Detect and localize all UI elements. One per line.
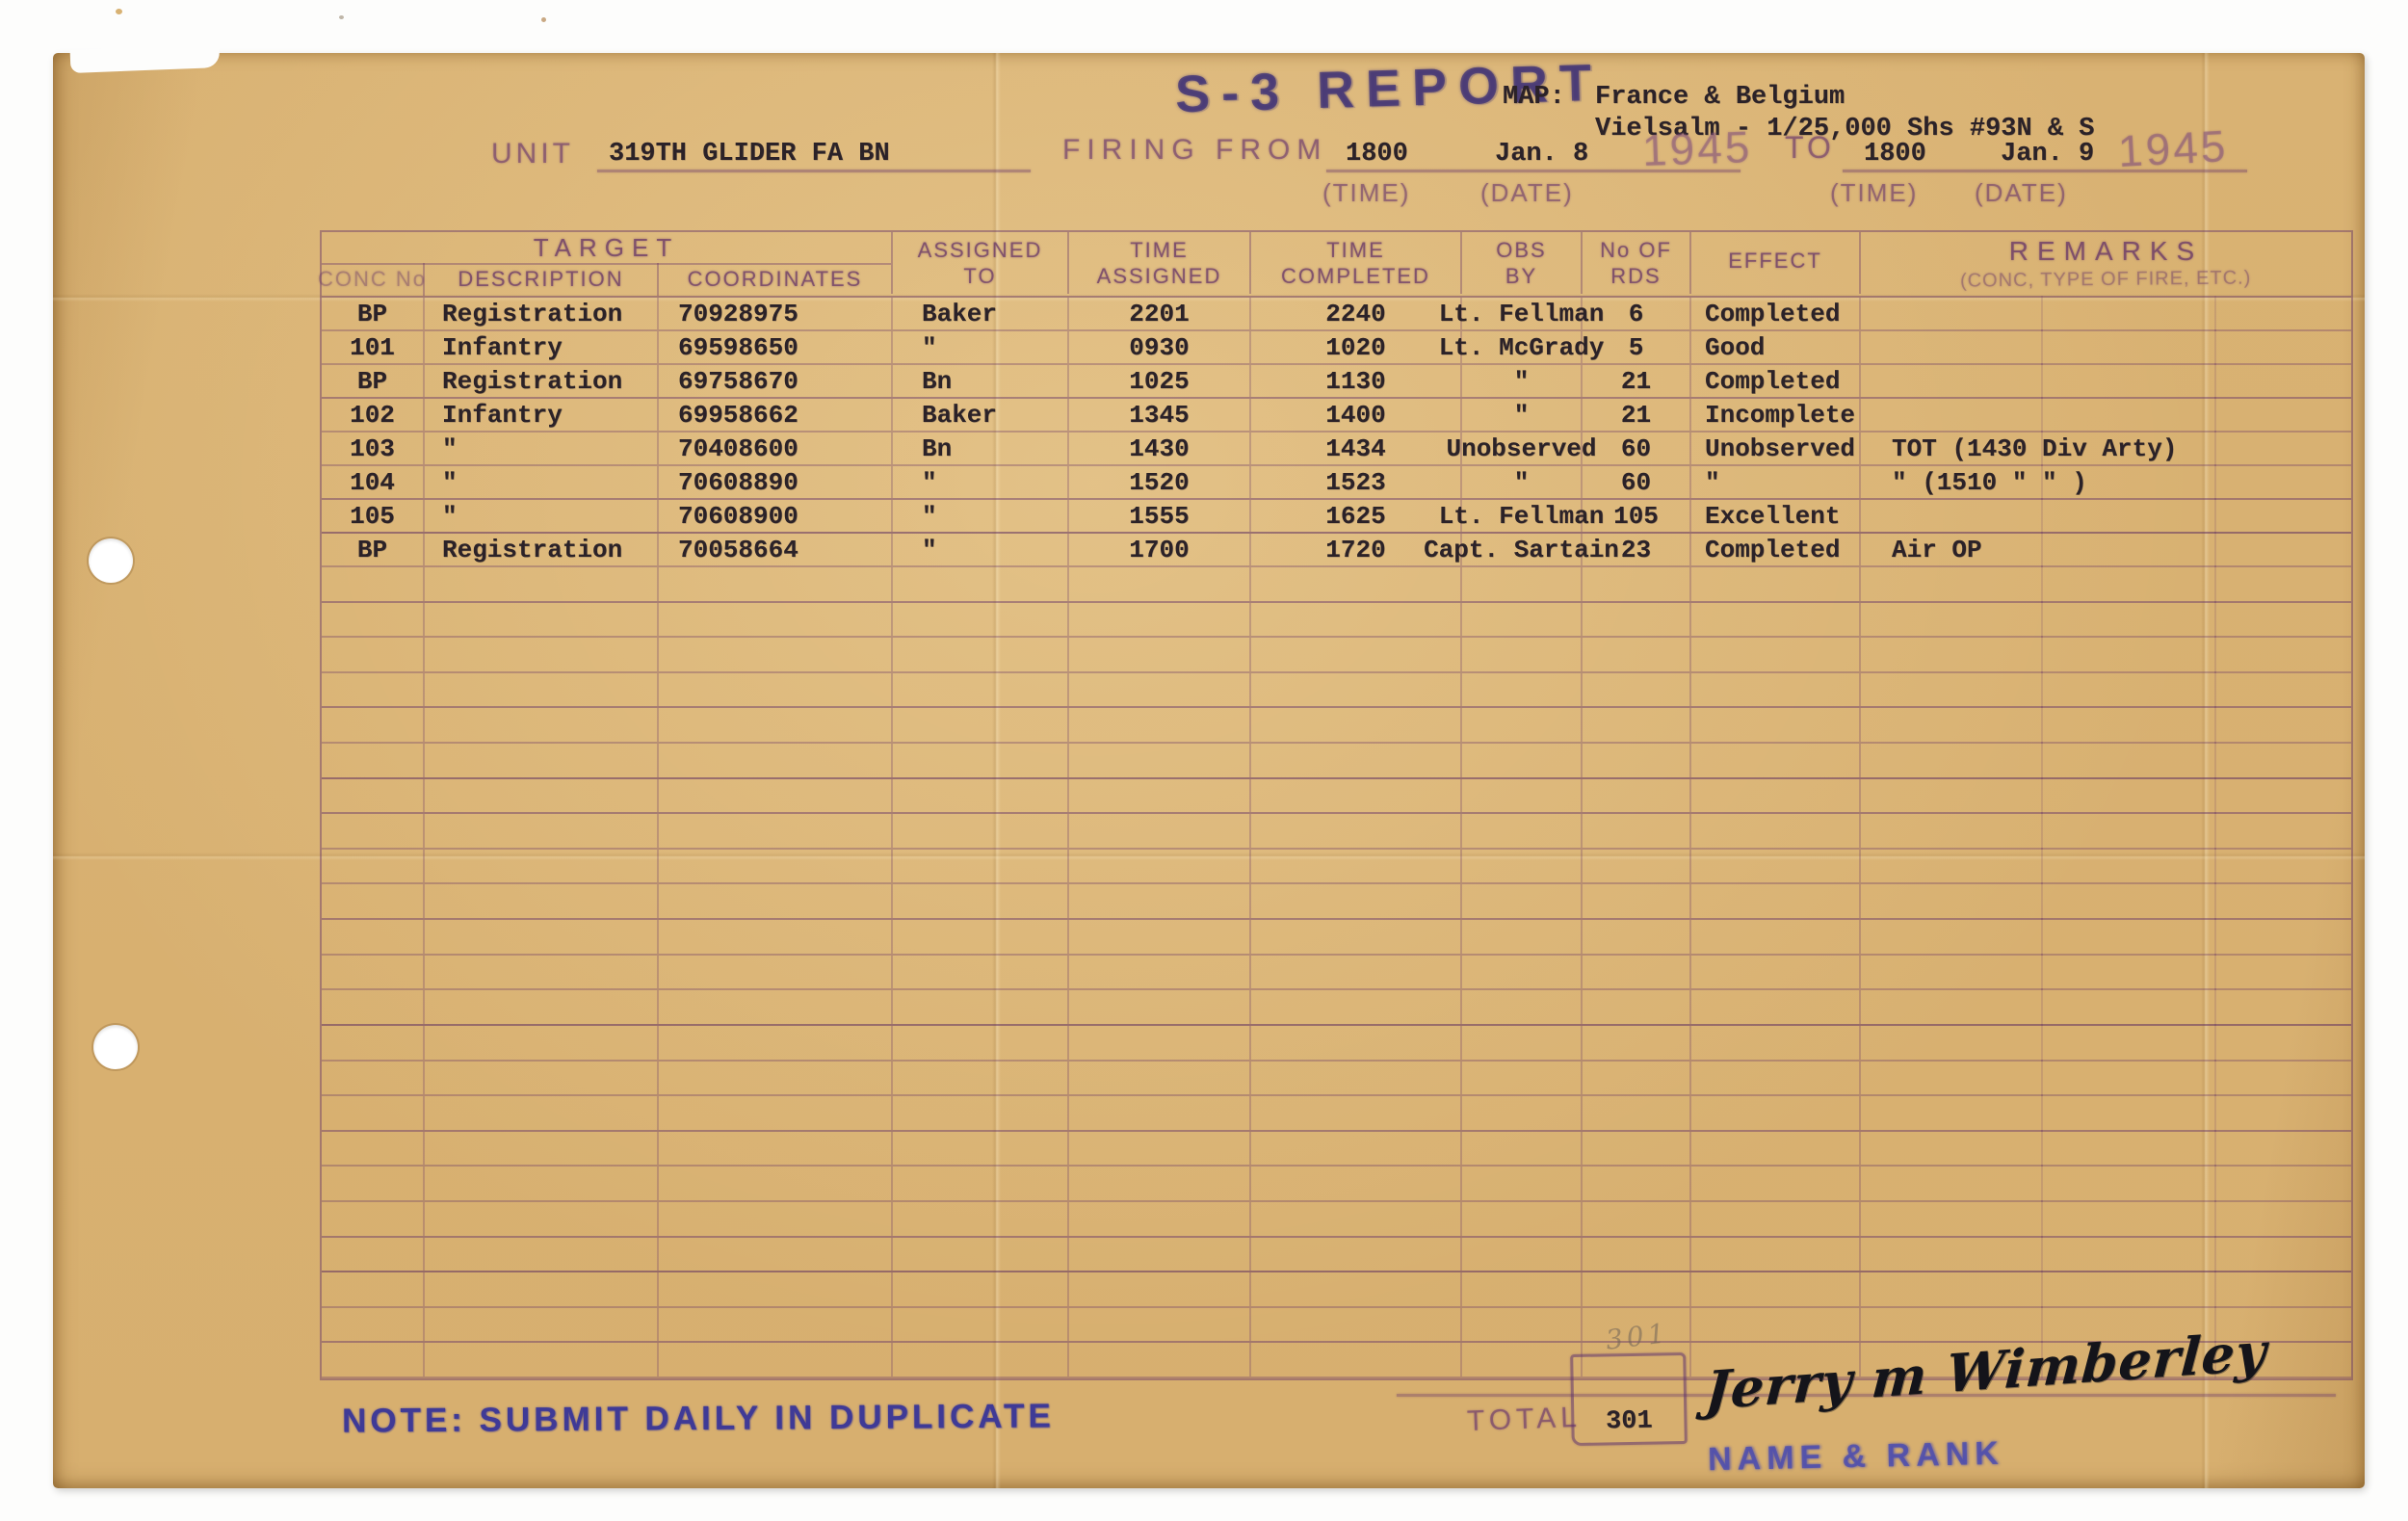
- table-cell-no: [322, 1167, 423, 1200]
- table-row: [322, 708, 2351, 744]
- table-cell-effect: [1689, 638, 1859, 671]
- table-cell-obs_by: ": [1460, 466, 1581, 498]
- table-cell-rds: 60: [1581, 433, 1689, 464]
- table-cell-effect: [1689, 1062, 1859, 1095]
- firing-table: TARGET CONC No DESCRIPTION COORDINATES A…: [320, 230, 2353, 1380]
- table-cell-obs_by: [1460, 884, 1581, 918]
- cell-text: 60: [1621, 434, 1651, 463]
- table-cell-description: [423, 1132, 657, 1166]
- table-row: 101Infantry69598650"09301020Lt. McGrady5…: [322, 331, 2351, 365]
- cell-text: ": [1705, 468, 1720, 497]
- table-cell-effect: Completed: [1689, 534, 1859, 565]
- table-cell-coordinates: [657, 850, 891, 883]
- table-cell-obs_by: Lt. Fellman: [1460, 298, 1581, 329]
- table-cell-description: [423, 603, 657, 637]
- table-row: [322, 884, 2351, 920]
- table-cell-no: [322, 779, 423, 813]
- header-line: ASSIGNED: [918, 237, 1043, 264]
- table-cell-description: Registration: [423, 365, 657, 397]
- cell-text: ": [922, 333, 937, 362]
- table-cell-effect: Incomplete: [1689, 399, 1859, 431]
- table-cell-rds: [1581, 1272, 1689, 1306]
- table-cell-assigned_to: [891, 1272, 1067, 1306]
- cell-text: Registration: [442, 300, 622, 328]
- table-cell-time_completed: [1249, 1167, 1460, 1200]
- table-cell-coordinates: 69758670: [657, 365, 891, 397]
- cell-text: Unobserved: [1705, 434, 1855, 463]
- table-cell-obs_by: ": [1460, 399, 1581, 431]
- table-cell-time_completed: 1523: [1249, 466, 1460, 498]
- cell-text: TOT (1430 Div Arty): [1892, 434, 2177, 463]
- table-cell-obs_by: [1460, 567, 1581, 601]
- table-cell-remarks: [1859, 673, 2351, 707]
- table-cell-description: [423, 920, 657, 954]
- table-cell-assigned_to: [891, 814, 1067, 848]
- table-cell-time_completed: [1249, 779, 1460, 813]
- table-cell-effect: [1689, 1238, 1859, 1272]
- time-from-value: 1800: [1346, 140, 1408, 169]
- table-cell-assigned_to: [891, 638, 1067, 671]
- note-handwritten: NOTE: SUBMIT DAILY IN DUPLICATE: [342, 1397, 1055, 1440]
- table-cell-rds: [1581, 1202, 1689, 1236]
- table-cell-no: [322, 1308, 423, 1342]
- table-cell-obs_by: [1460, 1343, 1581, 1377]
- table-cell-assigned_to: ": [891, 534, 1067, 565]
- table-cell-assigned_to: [891, 603, 1067, 637]
- table-cell-remarks: [1859, 1132, 2351, 1166]
- table-cell-remarks: [1859, 567, 2351, 601]
- cell-text: ": [922, 536, 937, 564]
- cell-text: BP: [357, 367, 387, 396]
- table-cell-time_assigned: [1067, 567, 1249, 601]
- table-cell-no: 101: [322, 331, 423, 363]
- cell-text: ": [442, 434, 458, 463]
- cell-text: 23: [1621, 536, 1651, 564]
- table-row: BPRegistration70928975Baker22012240Lt. F…: [322, 298, 2351, 331]
- table-cell-effect: [1689, 956, 1859, 989]
- cell-text: Good: [1705, 333, 1765, 362]
- cell-text: 70058664: [678, 536, 798, 564]
- table-cell-obs_by: [1460, 779, 1581, 813]
- table-cell-effect: Excellent: [1689, 500, 1859, 532]
- cell-text: 6: [1629, 300, 1644, 328]
- table-cell-time_completed: [1249, 1308, 1460, 1342]
- table-cell-description: [423, 884, 657, 918]
- col-header-no-of-rds: No OF RDS: [1581, 232, 1689, 294]
- table-row: [322, 1238, 2351, 1273]
- date-from-value: Jan. 8: [1495, 140, 1588, 169]
- table-cell-obs_by: Capt. Sartain: [1460, 534, 1581, 565]
- table-cell-time_assigned: [1067, 814, 1249, 848]
- table-row: [322, 1202, 2351, 1238]
- table-cell-rds: [1581, 744, 1689, 777]
- table-cell-obs_by: [1460, 603, 1581, 637]
- table-cell-obs_by: [1460, 1308, 1581, 1342]
- table-cell-obs_by: Lt. McGrady: [1460, 331, 1581, 363]
- table-cell-no: [322, 814, 423, 848]
- total-box: 301: [1570, 1352, 1688, 1446]
- table-cell-rds: [1581, 956, 1689, 989]
- table-cell-rds: [1581, 638, 1689, 671]
- table-row: BPRegistration70058664"17001720Capt. Sar…: [322, 534, 2351, 567]
- cell-text: ": [442, 468, 458, 497]
- table-cell-time_completed: 1434: [1249, 433, 1460, 464]
- table-cell-coordinates: [657, 1202, 891, 1236]
- header-line: REMARKS: [2009, 234, 2203, 268]
- table-cell-time_completed: [1249, 920, 1460, 954]
- name-rank-stamp: NAME & RANK: [1708, 1435, 2005, 1479]
- table-cell-time_completed: [1249, 850, 1460, 883]
- table-cell-coordinates: 70608900: [657, 500, 891, 532]
- table-cell-assigned_to: [891, 1026, 1067, 1060]
- scanner-background: S-3 REPORT MAP: France & Belgium Vielsal…: [0, 0, 2408, 1521]
- table-cell-no: [322, 1096, 423, 1130]
- table-cell-effect: Good: [1689, 331, 1859, 363]
- col-header-coordinates: COORDINATES: [657, 263, 891, 296]
- table-cell-obs_by: [1460, 638, 1581, 671]
- table-cell-remarks: [1859, 779, 2351, 813]
- table-cell-rds: 21: [1581, 399, 1689, 431]
- table-cell-time_assigned: [1067, 638, 1249, 671]
- table-cell-time_completed: 1400: [1249, 399, 1460, 431]
- table-cell-remarks: [1859, 365, 2351, 397]
- table-cell-remarks: [1859, 298, 2351, 329]
- table-cell-obs_by: [1460, 814, 1581, 848]
- table-cell-remarks: [1859, 1167, 2351, 1200]
- scanner-speck: [116, 9, 122, 14]
- table-cell-effect: [1689, 1202, 1859, 1236]
- table-cell-obs_by: [1460, 1062, 1581, 1095]
- table-cell-remarks: [1859, 638, 2351, 671]
- table-cell-obs_by: [1460, 708, 1581, 742]
- table-cell-no: [322, 1026, 423, 1060]
- table-cell-effect: [1689, 744, 1859, 777]
- table-cell-description: [423, 779, 657, 813]
- table-cell-coordinates: [657, 990, 891, 1024]
- header-line: ASSIGNED: [1097, 263, 1222, 290]
- cell-text: 21: [1621, 401, 1651, 430]
- cell-text: Registration: [442, 367, 622, 396]
- table-row: [322, 1062, 2351, 1097]
- table-cell-assigned_to: ": [891, 466, 1067, 498]
- table-cell-effect: [1689, 814, 1859, 848]
- cell-text: 70608900: [678, 502, 798, 531]
- table-cell-obs_by: [1460, 920, 1581, 954]
- table-cell-time_assigned: 1700: [1067, 534, 1249, 565]
- table-cell-effect: [1689, 603, 1859, 637]
- table-cell-assigned_to: [891, 1343, 1067, 1377]
- table-cell-time_completed: 2240: [1249, 298, 1460, 329]
- table-cell-no: [322, 850, 423, 883]
- table-cell-time_completed: [1249, 956, 1460, 989]
- table-cell-assigned_to: [891, 708, 1067, 742]
- header-line: TIME: [1130, 237, 1189, 264]
- table-cell-rds: [1581, 990, 1689, 1024]
- table-cell-time_completed: [1249, 990, 1460, 1024]
- table-row: [322, 673, 2351, 709]
- table-cell-rds: [1581, 1167, 1689, 1200]
- cell-text: 1555: [1129, 502, 1189, 531]
- table-row: [322, 850, 2351, 885]
- date-caption-2: (DATE): [1975, 178, 2068, 208]
- table-cell-time_assigned: [1067, 1167, 1249, 1200]
- table-cell-time_assigned: 1430: [1067, 433, 1249, 464]
- unit-label: UNIT: [491, 138, 574, 170]
- table-cell-description: [423, 1272, 657, 1306]
- cell-text: 1400: [1325, 401, 1385, 430]
- table-cell-assigned_to: [891, 884, 1067, 918]
- table-cell-time_assigned: [1067, 708, 1249, 742]
- unit-value: 319TH GLIDER FA BN: [609, 140, 890, 169]
- table-cell-obs_by: [1460, 1202, 1581, 1236]
- table-row: [322, 1096, 2351, 1132]
- table-cell-remarks: [1859, 920, 2351, 954]
- table-cell-remarks: [1859, 744, 2351, 777]
- table-cell-remarks: [1859, 850, 2351, 883]
- header-line: EFFECT: [1728, 248, 1822, 275]
- table-cell-time_completed: [1249, 884, 1460, 918]
- table-cell-rds: [1581, 814, 1689, 848]
- cell-text: Baker: [922, 401, 997, 430]
- table-cell-assigned_to: [891, 1167, 1067, 1200]
- table-cell-rds: [1581, 884, 1689, 918]
- table-cell-time_completed: [1249, 1062, 1460, 1095]
- table-cell-remarks: TOT (1430 Div Arty): [1859, 433, 2351, 464]
- year-from-label: 1945: [1641, 120, 1753, 176]
- cell-text: 69758670: [678, 367, 798, 396]
- table-cell-description: Registration: [423, 298, 657, 329]
- table-cell-coordinates: [657, 673, 891, 707]
- cell-text: 1700: [1129, 536, 1189, 564]
- target-group-header: TARGET: [322, 232, 891, 265]
- table-cell-assigned_to: [891, 1096, 1067, 1130]
- table-cell-effect: Completed: [1689, 365, 1859, 397]
- table-cell-description: [423, 1062, 657, 1095]
- table-cell-coordinates: [657, 567, 891, 601]
- table-cell-coordinates: 70058664: [657, 534, 891, 565]
- table-cell-description: [423, 850, 657, 883]
- table-row: [322, 1272, 2351, 1308]
- cell-text: Air OP: [1892, 536, 1982, 564]
- cell-text: 1520: [1129, 468, 1189, 497]
- cell-text: ": [442, 502, 458, 531]
- table-cell-time_assigned: [1067, 1343, 1249, 1377]
- table-cell-remarks: [1859, 884, 2351, 918]
- table-cell-effect: [1689, 779, 1859, 813]
- table-cell-effect: [1689, 708, 1859, 742]
- table-cell-obs_by: [1460, 1167, 1581, 1200]
- table-cell-obs_by: [1460, 1272, 1581, 1306]
- table-row: [322, 1167, 2351, 1202]
- total-value: 301: [1606, 1407, 1653, 1437]
- table-cell-remarks: [1859, 1272, 2351, 1306]
- table-cell-coordinates: 70608890: [657, 466, 891, 498]
- table-cell-time_assigned: [1067, 673, 1249, 707]
- cell-text: 2201: [1129, 300, 1189, 328]
- table-cell-time_assigned: [1067, 1272, 1249, 1306]
- cell-text: Infantry: [442, 333, 563, 362]
- table-cell-description: ": [423, 500, 657, 532]
- table-row: 104"70608890"15201523"60"" (1510 " " ): [322, 466, 2351, 500]
- table-cell-assigned_to: ": [891, 331, 1067, 363]
- col-header-description: DESCRIPTION: [423, 263, 657, 296]
- cell-text: " (1510 " " ): [1892, 468, 2087, 497]
- table-cell-effect: [1689, 1096, 1859, 1130]
- table-cell-coordinates: 69958662: [657, 399, 891, 431]
- table-cell-description: Registration: [423, 534, 657, 565]
- cell-text: 1430: [1129, 434, 1189, 463]
- cell-text: 2240: [1325, 300, 1385, 328]
- table-cell-rds: [1581, 603, 1689, 637]
- cell-text: 0930: [1129, 333, 1189, 362]
- table-row: [322, 1026, 2351, 1062]
- table-cell-effect: [1689, 850, 1859, 883]
- cell-text: 105: [350, 502, 395, 531]
- table-cell-obs_by: [1460, 990, 1581, 1024]
- table-cell-rds: [1581, 779, 1689, 813]
- table-cell-time_completed: [1249, 673, 1460, 707]
- table-cell-time_completed: [1249, 1096, 1460, 1130]
- table-cell-coordinates: [657, 1272, 891, 1306]
- table-cell-effect: ": [1689, 466, 1859, 498]
- table-cell-description: [423, 990, 657, 1024]
- table-cell-coordinates: [657, 1026, 891, 1060]
- cell-text: ": [922, 502, 937, 531]
- table-cell-time_assigned: 1555: [1067, 500, 1249, 532]
- table-cell-obs_by: [1460, 956, 1581, 989]
- table-cell-time_assigned: [1067, 956, 1249, 989]
- table-cell-no: [322, 603, 423, 637]
- table-cell-coordinates: [657, 1132, 891, 1166]
- table-row: [322, 638, 2351, 673]
- table-cell-obs_by: [1460, 673, 1581, 707]
- table-cell-no: [322, 567, 423, 601]
- table-row: [322, 920, 2351, 956]
- date-caption-1: (DATE): [1480, 178, 1574, 208]
- table-cell-effect: [1689, 884, 1859, 918]
- cell-text: 1625: [1325, 502, 1385, 531]
- table-cell-effect: Completed: [1689, 298, 1859, 329]
- table-cell-effect: [1689, 1272, 1859, 1306]
- table-cell-time_assigned: [1067, 884, 1249, 918]
- scanner-speck: [339, 15, 344, 19]
- table-row: [322, 814, 2351, 850]
- table-cell-time_completed: [1249, 744, 1460, 777]
- header-line: OBS: [1496, 237, 1546, 264]
- table-row: [322, 603, 2351, 639]
- table-cell-no: [322, 1343, 423, 1377]
- cell-text: 60: [1621, 468, 1651, 497]
- table-cell-rds: [1581, 850, 1689, 883]
- table-cell-assigned_to: Baker: [891, 399, 1067, 431]
- table-cell-coordinates: 70928975: [657, 298, 891, 329]
- table-cell-time_assigned: [1067, 1096, 1249, 1130]
- time-to-value: 1800: [1864, 140, 1926, 169]
- table-cell-effect: [1689, 920, 1859, 954]
- target-subheaders: CONC No DESCRIPTION COORDINATES: [322, 263, 891, 296]
- cell-text: Lt. Fellman: [1439, 300, 1605, 328]
- cell-text: Unobserved: [1446, 434, 1596, 463]
- table-cell-coordinates: [657, 814, 891, 848]
- table-cell-assigned_to: [891, 744, 1067, 777]
- col-header-obs-by: OBS BY: [1460, 232, 1581, 294]
- table-cell-time_assigned: [1067, 1238, 1249, 1272]
- cell-text: 1020: [1325, 333, 1385, 362]
- table-cell-no: [322, 673, 423, 707]
- table-cell-obs_by: [1460, 1026, 1581, 1060]
- table-cell-time_completed: [1249, 1132, 1460, 1166]
- table-cell-description: ": [423, 466, 657, 498]
- table-cell-assigned_to: ": [891, 500, 1067, 532]
- table-cell-obs_by: [1460, 1132, 1581, 1166]
- table-cell-rds: [1581, 1062, 1689, 1095]
- table-cell-remarks: [1859, 1096, 2351, 1130]
- corner-tear: [70, 44, 221, 73]
- table-cell-remarks: [1859, 814, 2351, 848]
- table-cell-no: [322, 1062, 423, 1095]
- table-cell-obs_by: Unobserved: [1460, 433, 1581, 464]
- table-cell-assigned_to: [891, 956, 1067, 989]
- table-cell-time_assigned: [1067, 603, 1249, 637]
- table-cell-effect: [1689, 567, 1859, 601]
- table-cell-no: [322, 1238, 423, 1272]
- table-cell-no: [322, 884, 423, 918]
- cell-text: Baker: [922, 300, 997, 328]
- cell-text: 105: [1613, 502, 1659, 531]
- table-cell-description: Infantry: [423, 399, 657, 431]
- cell-text: 103: [350, 434, 395, 463]
- table-cell-remarks: [1859, 1026, 2351, 1060]
- table-cell-time_assigned: [1067, 744, 1249, 777]
- cell-text: ": [922, 468, 937, 497]
- table-cell-remarks: [1859, 603, 2351, 637]
- table-cell-remarks: [1859, 708, 2351, 742]
- col-header-time-assigned: TIME ASSIGNED: [1067, 232, 1249, 294]
- cell-text: Completed: [1705, 536, 1840, 564]
- cell-text: 1523: [1325, 468, 1385, 497]
- time-caption-1: (TIME): [1322, 178, 1410, 208]
- table-cell-no: [322, 708, 423, 742]
- table-cell-effect: [1689, 673, 1859, 707]
- hole-punch-bottom: [93, 1025, 138, 1069]
- table-cell-effect: [1689, 1167, 1859, 1200]
- table-row: [322, 567, 2351, 603]
- table-cell-assigned_to: [891, 990, 1067, 1024]
- table-cell-coordinates: [657, 744, 891, 777]
- table-cell-time_completed: 1130: [1249, 365, 1460, 397]
- table-cell-description: [423, 567, 657, 601]
- table-header: TARGET CONC No DESCRIPTION COORDINATES A…: [322, 232, 2351, 298]
- cell-text: Registration: [442, 536, 622, 564]
- table-cell-coordinates: [657, 1062, 891, 1095]
- table-cell-time_assigned: 1025: [1067, 365, 1249, 397]
- table-cell-no: [322, 956, 423, 989]
- table-cell-remarks: " (1510 " " ): [1859, 466, 2351, 498]
- to-label: TO: [1785, 130, 1835, 166]
- table-cell-time_assigned: 2201: [1067, 298, 1249, 329]
- table-cell-obs_by: Lt. Fellman: [1460, 500, 1581, 532]
- table-cell-time_assigned: [1067, 1202, 1249, 1236]
- table-cell-description: Infantry: [423, 331, 657, 363]
- table-cell-no: [322, 920, 423, 954]
- table-row: [322, 1132, 2351, 1167]
- table-cell-time_completed: [1249, 814, 1460, 848]
- table-cell-time_completed: [1249, 638, 1460, 671]
- cell-text: Bn: [922, 434, 952, 463]
- cell-text: 1720: [1325, 536, 1385, 564]
- table-cell-time_completed: [1249, 603, 1460, 637]
- table-cell-assigned_to: [891, 1132, 1067, 1166]
